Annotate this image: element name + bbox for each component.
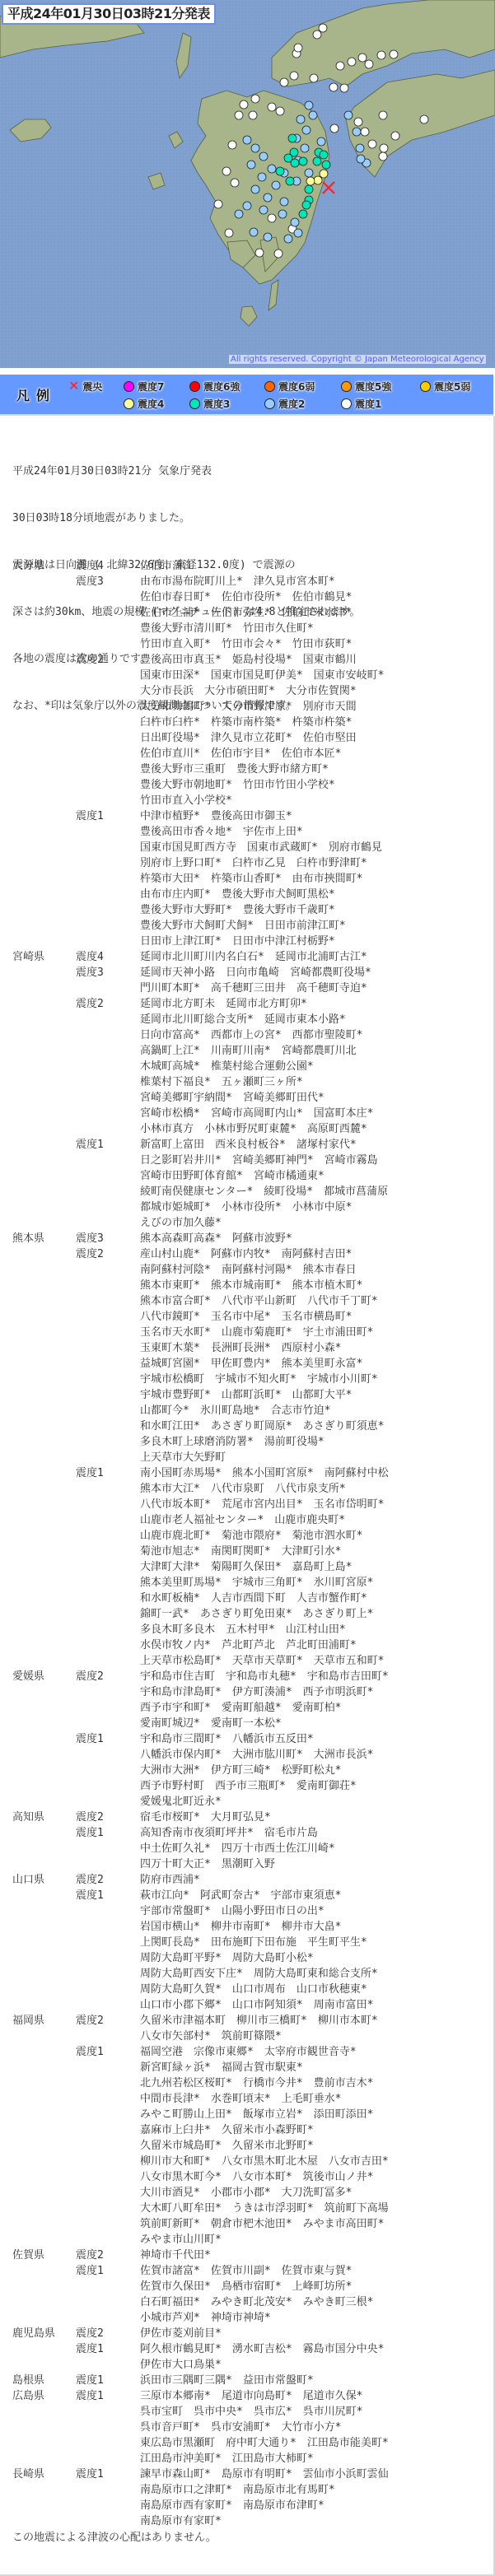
legend-item-shindo-2: 震度2 <box>264 396 305 411</box>
intensity-cell: 震度4 <box>76 558 133 574</box>
stations-cell: 新富町上富田 西米良村板谷* 諸塚村家代* <box>140 1137 357 1153</box>
stations-cell: 豊後大野市犬飼町犬飼* 日田市前津江町* <box>140 918 346 934</box>
stations-cell: 宇和島市三間町* 八幡浜市五反田* <box>140 1731 314 1747</box>
stations-cell: 日向市富高* 西都市上の宮* 西都市聖陵町* <box>140 1027 362 1043</box>
intensity-cell: 震度1 <box>76 2467 133 2482</box>
stations-cell: 八代市鏡町* 玉名市中尾* 玉名市横島町* <box>140 1309 352 1325</box>
stations-cell: 大分市長浜 大分市碩田町* 大分市佐賀関* <box>140 683 357 699</box>
stations-cell: 門川町本町* 高千穂町三田井 高千穂町寺迫* <box>140 981 367 996</box>
prefecture-cell: 山口県 <box>12 1872 70 1888</box>
stations-cell: 山都町今* 氷川町島地* 合志市竹迫* <box>140 1403 330 1418</box>
circle-icon <box>264 381 275 392</box>
stations-cell: 熊本美里町馬場* 宇城市三角町* 氷川町宮原* <box>140 1575 373 1591</box>
stations-cell: 山鹿市鹿北町* 菊池市隈府* 菊池市泗水町* <box>140 1528 362 1544</box>
intensity-cell: 震度1 <box>76 1825 133 1841</box>
intensity-cell: 震度2 <box>76 2013 133 2029</box>
stations-cell: 宇和島市住吉町 宇和島市丸穂* 宇和島市吉田町* <box>140 1669 389 1684</box>
stations-cell: 国東市国見町西方寺 国東市武蔵町* 別府市鶴見 <box>140 840 382 855</box>
legend-item-shindo-6-weak: 震度6弱 <box>264 379 315 394</box>
intensity-cell: 震度1 <box>76 2341 133 2357</box>
intensity-cell: 震度3 <box>76 574 133 589</box>
stations-cell: 上関町長島* 田布施町下田布施 平生町平生* <box>140 1935 367 1950</box>
circle-icon <box>341 381 352 392</box>
stations-cell: 南島原市有家町* <box>140 2513 222 2529</box>
stations-cell: 阿久根市鶴見町* 湧水町吉松* 霧島市国分中央* <box>140 2341 384 2357</box>
intensity-cell: 震度1 <box>76 1137 133 1153</box>
stations-cell: 豊後大野市三重町 豊後大野市緒方町* <box>140 762 329 777</box>
stations-cell: 竹田市直入町* 竹田市会々* 竹田市荻町* <box>140 636 352 652</box>
stations-cell: 上天草市松島町* 天草市天草町* 天草市五和町* <box>140 1653 384 1669</box>
occurrence-line: 30日03時18分頃地震がありました。 <box>12 510 360 526</box>
circle-icon <box>264 398 275 409</box>
stations-cell: 周防大島町西安下庄* 周防大島町東和総合支所* <box>140 1966 378 1982</box>
stations-cell: 佐伯市直川* 佐伯市宇目* 佐伯市本匠* <box>140 746 341 762</box>
stations-cell: 南小国町赤馬場* 熊本小国町宮原* 南阿蘇村中松 <box>140 1465 389 1481</box>
stations-cell: 熊本市大江* 八代市泉町 八代市泉支所* <box>140 1481 346 1497</box>
intensity-cell: 震度2 <box>76 996 133 1012</box>
stations-cell: 南阿蘇村河陰* 南阿蘇村河陽* 熊本市春日 <box>140 1262 357 1278</box>
legend-item-shindo-5-weak: 震度5弱 <box>420 379 470 394</box>
intensity-cell: 震度2 <box>76 1872 133 1888</box>
copyright-notice: All rights reserved. Copyright © Japan M… <box>229 355 486 364</box>
stations-cell: 白石町福田* みやき町北茂安* みやき町三根* <box>140 2294 373 2310</box>
stations-cell: 宮崎市松橋* 宮崎市高岡町内山* 国富町本庄* <box>140 1106 373 1121</box>
stations-cell: 由布市湯布院町川上* 津久見市宮本町* <box>140 574 335 589</box>
stations-cell: 豊後高田市真玉* 姫島村役場* 国東市鶴川 <box>140 652 357 668</box>
stations-cell: 益城町宮園* 甲佐町豊内* 熊本美里町永富* <box>140 1356 362 1372</box>
intensity-cell: 震度4 <box>76 949 133 965</box>
stations-cell: 呉市音戸町* 呉市安浦町* 大竹市小方* <box>140 2420 341 2435</box>
stations-cell: 小城市芦刈* 神埼市神埼* <box>140 2310 271 2326</box>
stations-cell: 八女市矢部村* 筑前町篠隈* <box>140 2029 282 2044</box>
stations-cell: 佐伯市上浦* 佐伯市弥生* 佐伯市米水津* <box>140 605 352 621</box>
seismic-intensity-map: 平成24年01月30日03時21分発表 All rights reserved.… <box>0 0 495 368</box>
stations-cell: 南島原市西有家町* 南島原市布津町* <box>140 2498 325 2513</box>
stations-cell: 由布市庄内町* 豊後大野市犬飼町黒松* <box>140 887 335 902</box>
stations-cell: 福岡空港 宗像市東郷* 太宰府市観世音寺* <box>140 2044 357 2060</box>
stations-cell: 熊本市富合町* 八代市平山新町 八代市千丁町* <box>140 1293 378 1309</box>
intensity-cell: 震度2 <box>76 2326 133 2341</box>
earthquake-report: 平成24年01月30日03時21分 気象庁発表 30日03時18分頃地震がありま… <box>0 416 495 2576</box>
stations-cell: 八代市坂本町* 荒尾市宮内出目* 玉名市岱明町* <box>140 1497 384 1512</box>
stations-cell: 佐賀市諸富* 佐賀市川副* 佐賀市東与賀* <box>140 2263 352 2279</box>
stations-cell: 多良木町多良木 五木村甲* 山江村山田* <box>140 1622 346 1637</box>
intensity-cell: 震度2 <box>76 1810 133 1825</box>
prefecture-cell: 愛媛県 <box>12 1669 70 1684</box>
legend-item-shindo-6-strong: 震度6強 <box>189 379 240 394</box>
stations-cell: 大津町大津* 菊陽町久保田* 嘉島町上島* <box>140 1559 352 1575</box>
intensity-cell: 震度1 <box>76 1731 133 1747</box>
legend-title: 凡例 <box>16 385 56 404</box>
intensity-cell: 震度1 <box>76 2044 133 2060</box>
announcement-time-label: 平成24年01月30日03時21分発表 <box>2 3 216 25</box>
stations-cell: みやま市山川町* <box>140 2232 222 2248</box>
stations-cell: 萩市江向* 阿武町奈古* 宇部市東須恵* <box>140 1888 341 1903</box>
stations-cell: 周防大島町平野* 周防大島町小松* <box>140 1950 314 1966</box>
stations-cell: 水俣市牧ノ内* 芦北町芦北 芦北町田浦町* <box>140 1637 357 1653</box>
stations-cell: 北九州若松区桜町* 行橋市今井* 豊前市吉木* <box>140 2075 373 2091</box>
report-header-line: 平成24年01月30日03時21分 気象庁発表 <box>12 463 360 479</box>
stations-cell: 佐賀市久保田* 鳥栖市宿町* 上峰町坊所* <box>140 2279 352 2294</box>
prefecture-cell: 広島県 <box>12 2388 70 2404</box>
circle-icon <box>124 381 134 392</box>
stations-cell: 中間市長津* 水巻町頃末* 上毛町垂水* <box>140 2091 341 2107</box>
stations-cell: 大木町八町牟田* うきは市浮羽町* 筑前町下高場 <box>140 2201 389 2216</box>
stations-cell: 大川市酒見* 小郡市小郡* 大刀洗町冨多* <box>140 2185 352 2201</box>
epicenter-x-icon: ✕ <box>68 380 79 393</box>
stations-cell: 宇城市豊野町* 山都町浜町* 山都町大平* <box>140 1387 352 1403</box>
stations-cell: 愛南町城辺* 愛南町一本松* <box>140 1716 282 1731</box>
map-graphic <box>0 0 495 368</box>
legend-item-shindo-3: 震度3 <box>189 396 230 411</box>
legend-item-shindo-4: 震度4 <box>124 396 164 411</box>
stations-cell: 綾町南俣健康センター* 綾町役場* 都城市菖蒲原 <box>140 1184 388 1199</box>
stations-cell: 日出町役場* 津久見市立花町* 佐伯市堅田 <box>140 730 357 746</box>
stations-cell: 小林市真方 小林市野尻町東麓* 高原町西麓* <box>140 1121 367 1137</box>
stations-cell: 筑前町新町* 朝倉市杷木池田* みやま市高田町* <box>140 2216 384 2232</box>
stations-cell: 延岡市北川町川内名白石* 延岡市北浦町古江* <box>140 949 367 965</box>
legend-item-shindo-1: 震度1 <box>341 396 381 411</box>
stations-cell: 熊本市東町* 熊本市城南町* 熊本市植木町* <box>140 1278 362 1293</box>
stations-cell: 西予市野村町 西予市三瓶町* 愛南町御荘* <box>140 1778 357 1794</box>
tsunami-note: この地震による津波の心配はありません。 <box>12 2530 217 2546</box>
prefecture-cell: 長崎県 <box>12 2467 70 2482</box>
stations-cell: 江田島市沖美町* 江田島市大柿町* <box>140 2451 314 2467</box>
intensity-cell: 震度2 <box>76 1246 133 1262</box>
stations-cell: 宇部市常盤町* 山陽小野田市日の出* <box>140 1903 325 1919</box>
stations-cell: 豊後大野市清川町* 竹田市久住町* <box>140 621 314 636</box>
stations-cell: 南島原市口之津町* 南島原市北有馬町* <box>140 2482 335 2498</box>
stations-cell: 柳川市大和町* 八女市黒木町北木屋 八女市吉田* <box>140 2154 389 2169</box>
stations-cell: 伊佐市菱刈前目* <box>140 2326 222 2341</box>
stations-cell: 日之影町岩井川* 宮崎美郷町神門* 宮崎市霧島 <box>140 1153 378 1168</box>
stations-cell: 国東市田深* 国東市国見町伊美* 国東市安岐町* <box>140 668 384 683</box>
prefecture-cell: 大分県 <box>12 558 70 574</box>
stations-cell: 大分市舞鶴町* 大分市野津原* 別府市天間 <box>140 699 357 715</box>
stations-cell: みやこ町勝山上田* 飯塚市立岩* 添田町添田* <box>140 2107 373 2122</box>
stations-cell: 八幡浜市保内町* 大洲市肱川町* 大洲市長浜* <box>140 1747 373 1763</box>
stations-cell: 佐伯市蒲江 <box>140 558 194 574</box>
intensity-cell: 震度2 <box>76 2248 133 2263</box>
legend-epicenter: ✕ 震央 <box>68 379 102 394</box>
intensity-cell: 震度1 <box>76 2373 133 2388</box>
intensity-cell: 震度1 <box>76 2263 133 2279</box>
intensity-cell: 震度2 <box>76 652 133 668</box>
stations-cell: 大洲市大洲* 伊方町三崎* 松野町松丸* <box>140 1763 341 1778</box>
stations-cell: 神埼市千代田* <box>140 2248 211 2263</box>
stations-cell: 豊後大野市朝地町* 竹田市竹田小学校* <box>140 777 335 793</box>
stations-cell: 諫早市森山町* 島原市有明町* 雲仙市小浜町雲仙 <box>140 2467 389 2482</box>
stations-cell: 延岡市北方町未 延岡市北方町卯* <box>140 996 307 1012</box>
stations-cell: 玉名市天水町* 山鹿市菊鹿町* 宇土市浦田町* <box>140 1325 373 1340</box>
prefecture-cell: 島根県 <box>12 2373 70 2388</box>
circle-icon <box>124 398 134 409</box>
circle-icon <box>189 398 200 409</box>
stations-cell: 山口市小郡下郷* 山口市阿知須* 周南市富田* <box>140 1997 373 2013</box>
stations-cell: 和水町板楠* 人吉市西間下町 人吉市蟹作町* <box>140 1591 367 1606</box>
stations-cell: えびの市加久藤* <box>140 1215 222 1231</box>
intensity-cell: 震度2 <box>76 1669 133 1684</box>
stations-cell: 上天草市大矢野町 <box>140 1450 226 1465</box>
stations-cell: 木城町高城* 椎葉村総合運動公園* <box>140 1059 314 1074</box>
circle-icon <box>341 398 352 409</box>
stations-cell: 宮崎市田野町体育館* 宮崎市橘通東* <box>140 1168 325 1184</box>
intensity-cell: 震度1 <box>76 1888 133 1903</box>
stations-cell: 錦町一武* あさぎり町免田東* あさぎり町上* <box>140 1606 373 1622</box>
intensity-cell: 震度3 <box>76 965 133 981</box>
stations-cell: 西予市宇和町* 愛南町船越* 愛南町柏* <box>140 1700 341 1716</box>
stations-cell: 別府市上野口町* 臼杵市乙見 臼杵市野津町* <box>140 855 367 871</box>
stations-cell: 山鹿市老人福祉センター* 山鹿市鹿央町* <box>140 1512 345 1528</box>
prefecture-cell: 熊本県 <box>12 1231 70 1246</box>
stations-cell: 防府市西浦* <box>140 1872 200 1888</box>
stations-cell: 四万十町大正* 黒潮町入野 <box>140 1856 275 1872</box>
intensity-cell: 震度1 <box>76 808 133 824</box>
stations-cell: 宮崎美郷町宇納間* 宮崎美郷町田代* <box>140 1090 325 1106</box>
stations-cell: 三原市本郷南* 尾道市向島町* 尾道市久保* <box>140 2388 362 2404</box>
stations-cell: 竹田市直入小学校* <box>140 793 232 808</box>
stations-cell: 中津市植野* 豊後高田市御玉* <box>140 808 292 824</box>
stations-cell: 愛媛鬼北町近永* <box>140 1794 222 1810</box>
stations-cell: 臼杵市臼杵* 杵築市南杵築* 杵築市杵築* <box>140 715 352 730</box>
stations-cell: 延岡市北川町総合支所* 延岡市東本小路* <box>140 1012 346 1027</box>
stations-cell: 新宮町緑ヶ浜* 福岡古賀市駅東* <box>140 2060 303 2075</box>
stations-cell: 多良木町上球磨消防署* 湯前町役場* <box>140 1434 325 1450</box>
stations-cell: 久留米市津福本町 柳川市三橋町* 柳川市本町* <box>140 2013 378 2029</box>
stations-cell: 中土佐町久礼* 四万十市西土佐江川崎* <box>140 1841 335 1856</box>
prefecture-cell: 佐賀県 <box>12 2248 70 2263</box>
stations-cell: 宿毛市桜町* 大月町弘見* <box>140 1810 271 1825</box>
stations-cell: 宇和島市津島町* 伊方町湊浦* 西予市明浜町* <box>140 1684 373 1700</box>
stations-cell: 岩国市横山* 柳井市南町* 柳井市大畠* <box>140 1919 341 1935</box>
prefecture-cell: 宮崎県 <box>12 949 70 965</box>
stations-cell: 熊本高森町高森* 阿蘇市波野* <box>140 1231 292 1246</box>
circle-icon <box>189 381 200 392</box>
stations-cell: 豊後大野市大野町* 豊後大野市千歳町* <box>140 902 335 918</box>
stations-cell: 高知香南市夜須町坪井* 宿毛市片島 <box>140 1825 318 1841</box>
stations-cell: 玉東町木葉* 長洲町長洲* 西原村小森* <box>140 1340 341 1356</box>
stations-cell: 周防大島町久賀* 山口市周布 山口市秋穂東* <box>140 1982 367 1997</box>
stations-cell: 椎葉村下福良* 五ヶ瀬町三ヶ所* <box>140 1074 303 1090</box>
stations-cell: 菊池市旭志* 南関町関町* 大津町引水* <box>140 1544 341 1559</box>
prefecture-cell: 福岡県 <box>12 2013 70 2029</box>
legend-item-shindo-7: 震度7 <box>124 379 164 394</box>
prefecture-cell: 鹿児島県 <box>12 2326 70 2341</box>
stations-cell: 八女市黒木町今* 八女市本町* 筑後市山ノ井* <box>140 2169 373 2185</box>
stations-cell: 豊後高田市香々地* 宇佐市上田* <box>140 824 303 840</box>
stations-cell: 杵築市大田* 杵築市山香町* 由布市挾間町* <box>140 871 362 887</box>
stations-cell: 宇城市松橋町 宇城市不知火町* 宇城市小川町* <box>140 1372 378 1387</box>
circle-icon <box>420 381 431 392</box>
stations-cell: 産山村山鹿* 阿蘇市内牧* 南阿蘇村吉田* <box>140 1246 352 1262</box>
stations-cell: 呉市宝町 呉市中央* 呉市広* 呉市川尻町* <box>140 2404 362 2420</box>
stations-cell: 延岡市天神小路 日向市亀崎 宮崎都農町役場* <box>140 965 371 981</box>
stations-cell: 伊佐市大口鳥巣* <box>140 2357 222 2373</box>
legend-item-shindo-5-strong: 震度5強 <box>341 379 391 394</box>
stations-cell: 久留米市城島町* 久留米市北野町* <box>140 2138 314 2154</box>
stations-cell: 高鍋町上江* 川南町川南* 宮崎都農町川北 <box>140 1043 357 1059</box>
stations-cell: 東広島市黒瀬町 府中町大通り* 江田島市能美町* <box>140 2435 389 2451</box>
map-legend: 凡例 ✕ 震央 震度7 震度6強 震度6弱 震度5強 震度5弱 震度4 震度3 … <box>0 375 493 416</box>
stations-cell: 佐伯市春日町* 佐伯市役所* 佐伯市鶴見* <box>140 589 352 605</box>
stations-cell: 日田市上津江町* 日田市中津江村栃野* <box>140 934 335 949</box>
intensity-cell: 震度1 <box>76 2388 133 2404</box>
stations-cell: 和水町江田* あさぎり町岡原* あさぎり町須恵* <box>140 1418 384 1434</box>
stations-cell: 浜田市三隅町三隅* 益田市常盤町* <box>140 2373 314 2388</box>
intensity-cell: 震度1 <box>76 1465 133 1481</box>
stations-cell: 嘉麻市上臼井* 久留米市小森野町* <box>140 2122 314 2138</box>
stations-cell: 都城市姫城町* 小林市役所* 小林市中原* <box>140 1199 352 1215</box>
prefecture-cell: 高知県 <box>12 1810 70 1825</box>
intensity-cell: 震度3 <box>76 1231 133 1246</box>
